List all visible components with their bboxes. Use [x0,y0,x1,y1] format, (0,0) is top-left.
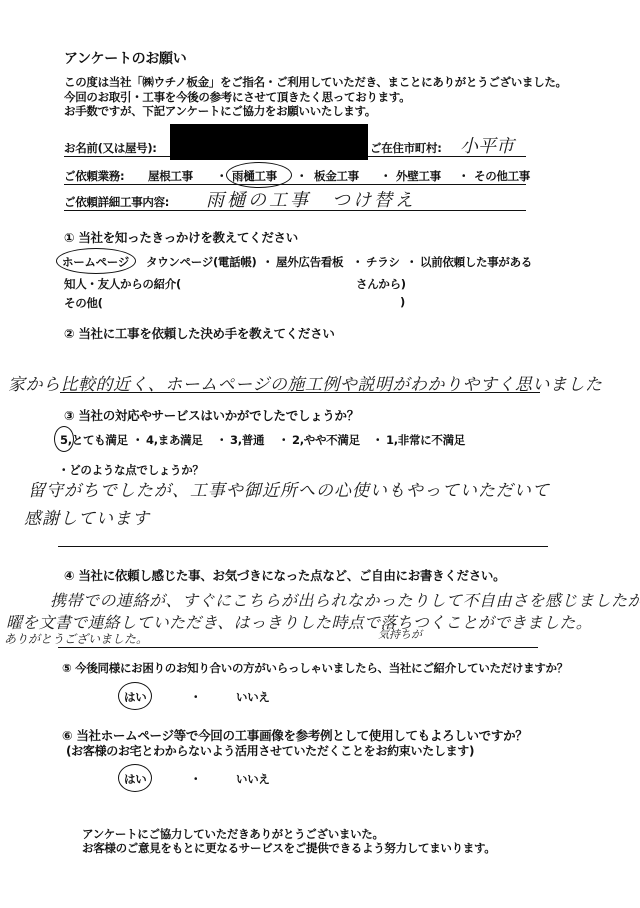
q1-separator: ・ [262,254,273,270]
q3-answer-underline [58,546,548,547]
q5-separator: ・ [190,689,201,705]
q4-question: ④ 当社に依頼し感じた事、お気づきになった点など、ご自由にお書きください。 [64,566,505,584]
q1-other-label: その他( [64,295,103,311]
detail-value: 雨樋の工事 つけ替え [206,186,416,212]
service-option-roof[interactable]: 屋根工事 [148,168,193,184]
q5-question: ⑤ 今後同様にお困りのお知り合いの方がいらっしゃいましたら、当社にご紹介していた… [62,660,568,676]
service-option-sheet-metal[interactable]: 板金工事 [314,168,359,184]
q3-option-1[interactable]: 1,非常に不満足 [386,432,465,448]
q3-separator: ・ [216,432,227,448]
service-label: ご依頼業務: [64,168,124,184]
q3-answer-line-1: 留守がちでしたが、工事や御近所への心使いもやっていただいて [28,476,550,501]
service-option-other[interactable]: その他工事 [474,168,530,184]
q4-answer-underline [58,647,538,648]
q3-answer-line-2: 感謝しています [24,504,150,529]
q1-separator: ・ [406,254,417,270]
name-label: お名前(又は屋号): [64,140,157,156]
city-label: ご在住市町村: [370,140,442,156]
intro-line-3: お手数ですが、下記アンケートにご協力をお願いいたします。 [64,103,376,119]
q3-separator: ・ [372,432,383,448]
q3-option-5[interactable]: 5,とても満足 [60,432,128,448]
q1-option-townpage[interactable]: タウンページ(電話帳) [146,254,256,270]
q1-option-flyer[interactable]: チラシ [366,254,400,270]
q3-option-2[interactable]: 2,やや不満足 [292,432,360,448]
q6-separator: ・ [190,771,201,787]
service-separator: ・ [458,168,469,184]
q3-separator: ・ [132,432,143,448]
q3-question: ③ 当社の対応やサービスはいかがでしたでしょうか？ [64,406,359,424]
q1-question: ① 当社を知ったきっかけを教えてください [64,228,298,246]
service-row-underline [64,184,526,185]
q3-separator: ・ [278,432,289,448]
intro-line-1: この度は当社「㈱ウチノ板金」をご指名・ご利用していただき、まことにありがとうござ… [64,74,567,90]
selected-circle-homepage [56,248,136,274]
selected-circle-gutter [226,162,292,188]
q2-question: ② 当社に工事を依頼した決め手を教えてください [64,324,335,342]
q1-option-billboard[interactable]: 屋外広告看板 [276,254,343,270]
q3-option-3[interactable]: 3,普通 [230,432,264,448]
q1-other-close: ) [400,295,405,309]
q2-answer-underline [60,392,540,393]
q3-option-4[interactable]: 4,まあ満足 [146,432,203,448]
footer-line-2: お客様のご意見をもとに更なるサービスをご提供できるよう努力してまいります。 [82,840,495,856]
q6-yes[interactable]: はい [124,771,146,787]
q6-no[interactable]: いいえ [236,771,270,787]
q4-answer-line-1: 携帯での連絡が、すぐにこちらが出られなかったりして不自由さを感じましたが [50,588,640,611]
q1-referral-suffix: さんから) [356,276,406,292]
q4-answer-line-3: ありがとうございました。 [4,630,148,647]
city-value: 小平市 [460,132,514,158]
service-option-exterior-wall[interactable]: 外壁工事 [396,168,441,184]
service-separator: ・ [380,168,391,184]
q1-option-previous[interactable]: 以前依頼した事がある [420,254,532,270]
service-separator: ・ [296,168,307,184]
q1-referral-label: 知人・友人からの紹介( [64,276,181,292]
q1-separator: ・ [352,254,363,270]
survey-title: アンケートのお願い [64,48,186,68]
q5-no[interactable]: いいえ [236,689,270,705]
q5-yes[interactable]: はい [124,689,146,705]
name-redaction [170,124,368,160]
q6-note: (お客様のお宅とわからないよう活用させていただくことをお約束いたします) [66,742,474,759]
q4-insertion: 気持ちが [378,626,422,642]
detail-label: ご依頼詳細工事内容: [64,194,169,210]
